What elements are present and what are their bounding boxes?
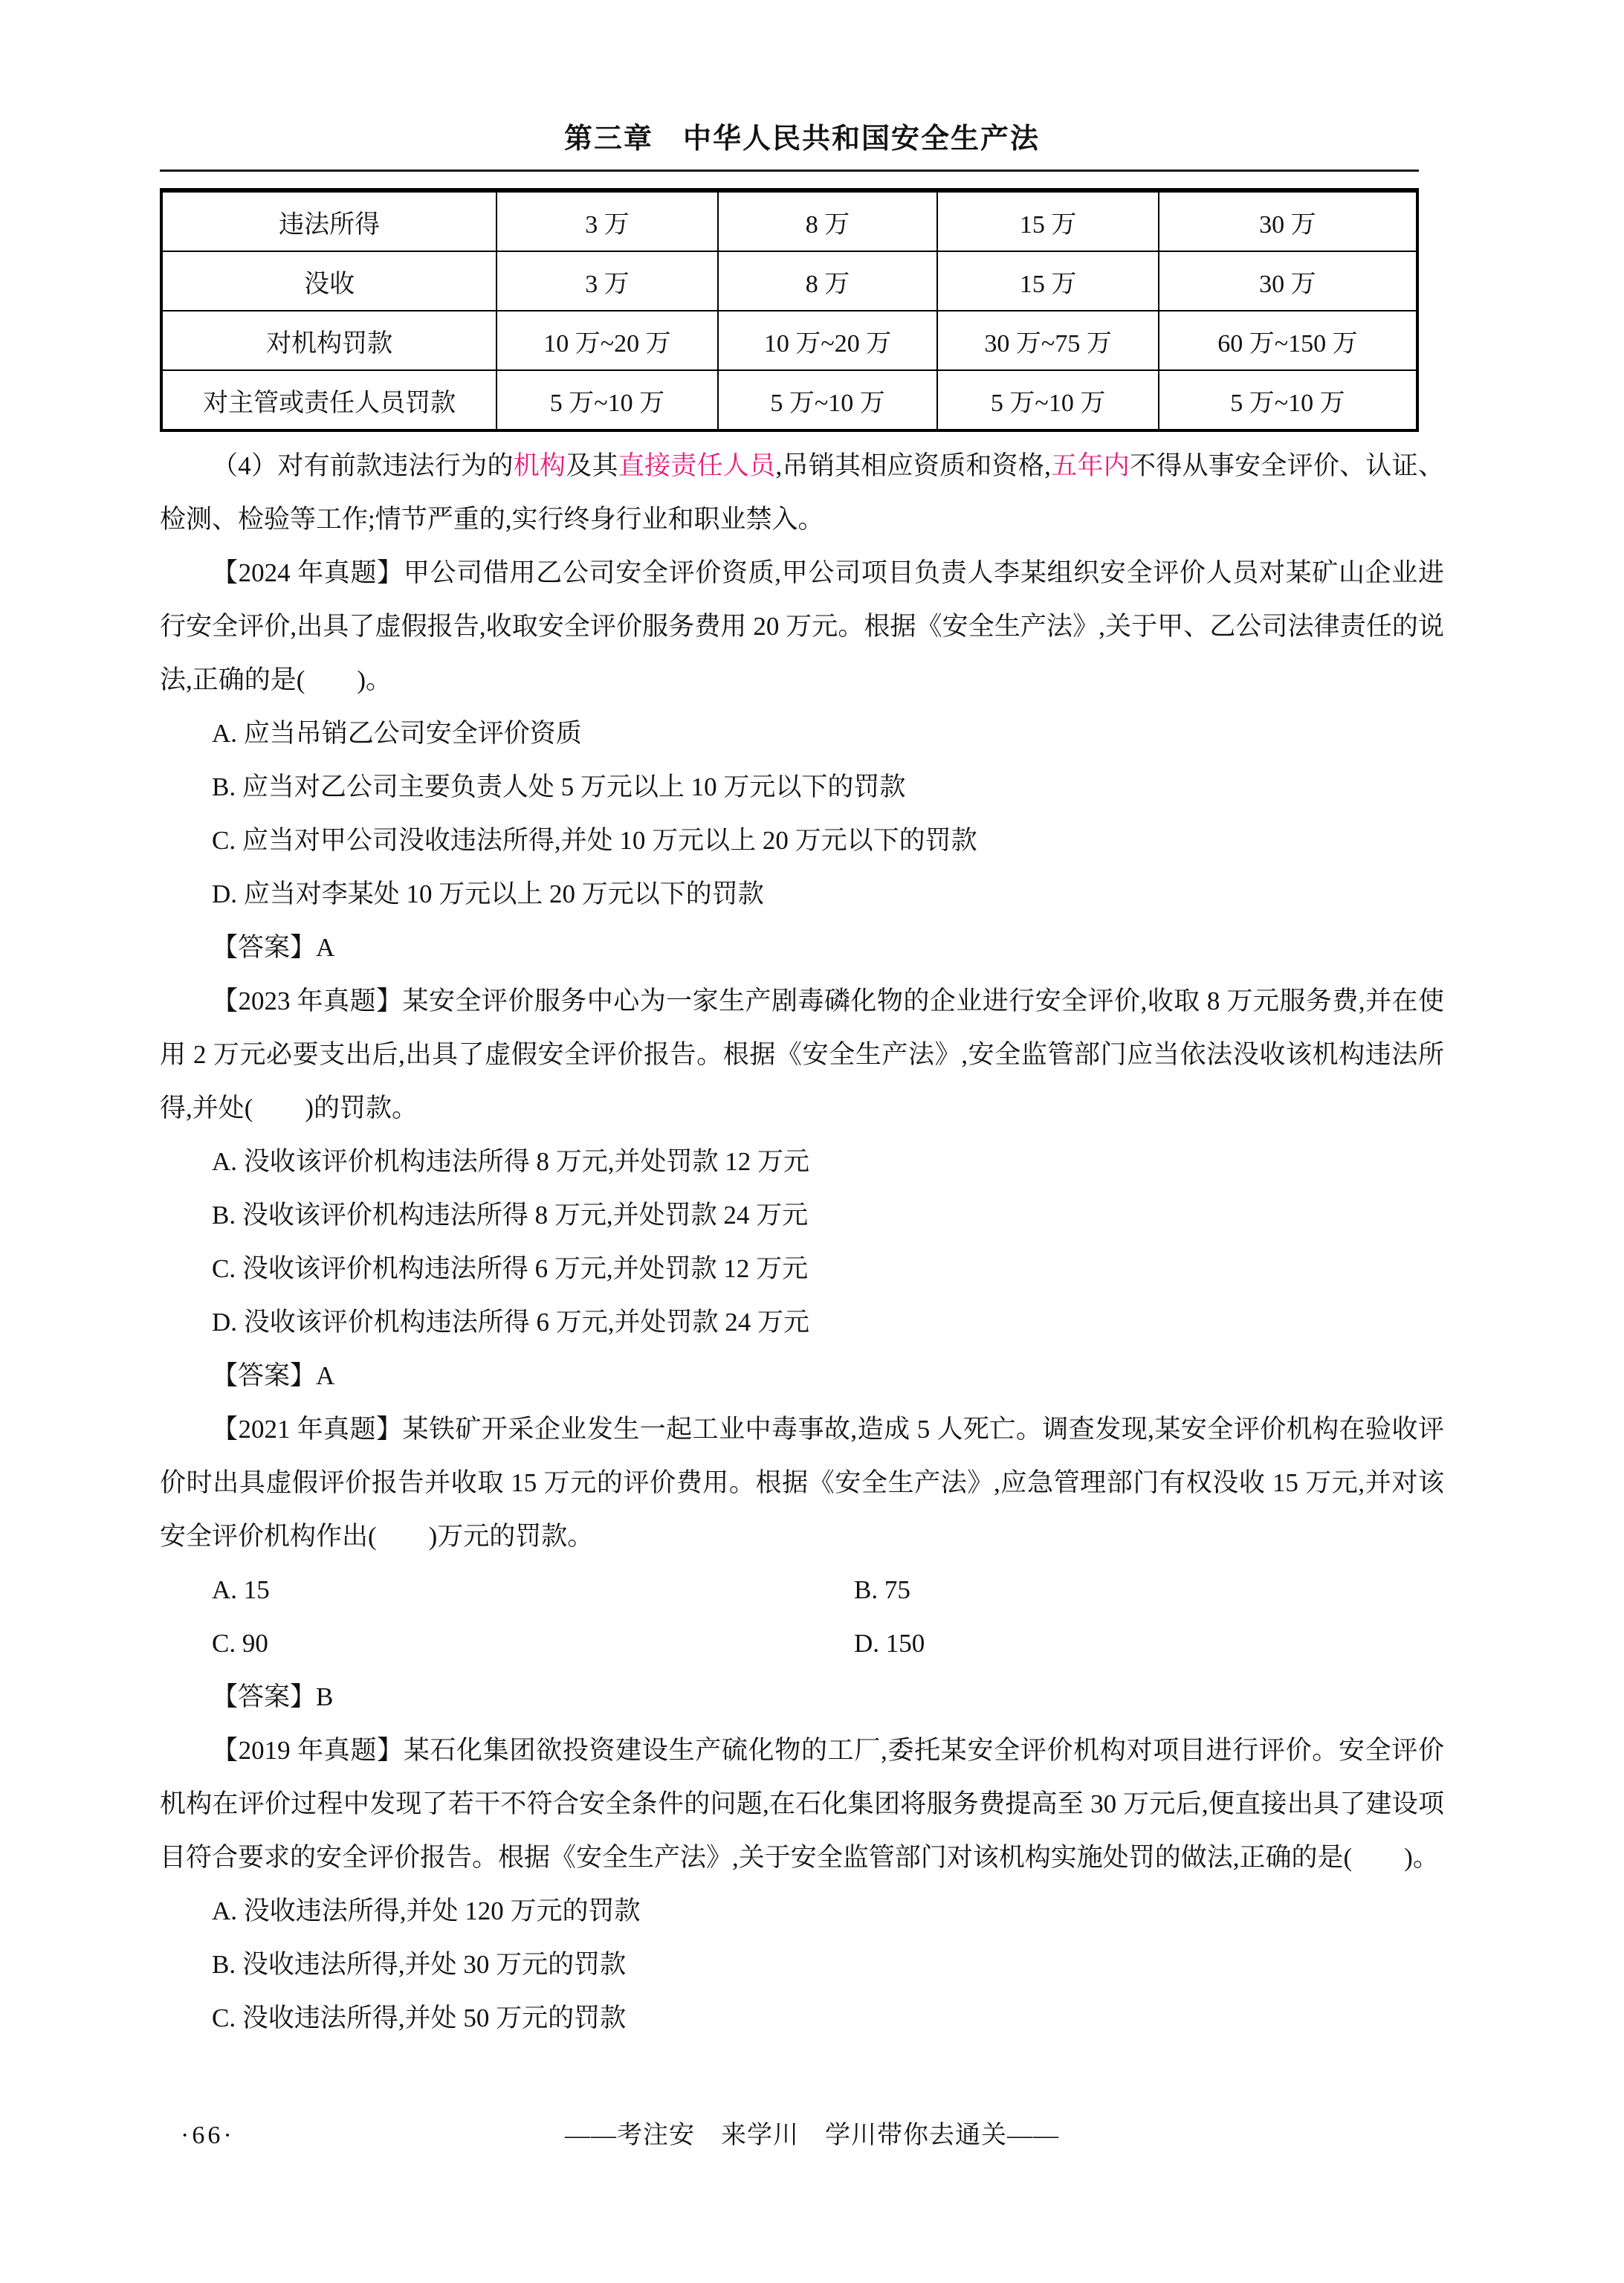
text-segment: 直接责任人员 — [618, 451, 776, 480]
page-content: 第三章 中华人民共和国安全生产法 违法所得 3 万 8 万 15 万 30 万 … — [160, 0, 1444, 2045]
question-stem-2021: 【2021 年真题】某铁矿开采企业发生一起工业中毒事故,造成 5 人死亡。调查发… — [160, 1403, 1444, 1563]
table-cell: 3 万 — [496, 251, 717, 311]
text-segment: ,吊销其相应资质和资格, — [775, 451, 1050, 480]
table-row-label: 违法所得 — [161, 190, 496, 251]
body-text: （4）对有前款违法行为的机构及其直接责任人员,吊销其相应资质和资格,五年内不得从… — [160, 439, 1444, 2045]
table-row: 对主管或责任人员罚款 5 万~10 万 5 万~10 万 5 万~10 万 5 … — [161, 370, 1417, 430]
option: B. 75 — [802, 1563, 1444, 1617]
text-segment: 机构 — [514, 451, 566, 480]
text-segment: （4）对有前款违法行为的 — [212, 451, 514, 480]
option: C. 应当对甲公司没收违法所得,并处 10 万元以上 20 万元以下的罚款 — [160, 814, 1444, 868]
option: C. 没收该评价机构违法所得 6 万元,并处罚款 12 万元 — [160, 1242, 1444, 1296]
table-row: 对机构罚款 10 万~20 万 10 万~20 万 30 万~75 万 60 万… — [161, 311, 1417, 370]
table-row-label: 对主管或责任人员罚款 — [161, 370, 496, 430]
table-cell: 60 万~150 万 — [1159, 311, 1417, 370]
table-cell: 30 万 — [1159, 251, 1417, 311]
table-row: 违法所得 3 万 8 万 15 万 30 万 — [161, 190, 1417, 251]
table-cell: 5 万~10 万 — [937, 370, 1158, 430]
option: B. 没收该评价机构违法所得 8 万元,并处罚款 24 万元 — [160, 1189, 1444, 1242]
question-stem-2019: 【2019 年真题】某石化集团欲投资建设生产硫化物的工厂,委托某安全评价机构对项… — [160, 1724, 1444, 1885]
option: B. 没收违法所得,并处 30 万元的罚款 — [160, 1938, 1444, 1992]
option: D. 150 — [802, 1617, 1444, 1670]
page-number: ·66· — [181, 2115, 235, 2157]
penalty-table: 违法所得 3 万 8 万 15 万 30 万 没收 3 万 8 万 15 万 3… — [160, 188, 1419, 432]
option: A. 15 — [160, 1563, 802, 1617]
option: A. 没收违法所得,并处 120 万元的罚款 — [160, 1885, 1444, 1938]
options-two-column: A. 15 B. 75 C. 90 D. 150 — [160, 1563, 1444, 1670]
option: B. 应当对乙公司主要负责人处 5 万元以上 10 万元以下的罚款 — [160, 761, 1444, 814]
table-cell: 3 万 — [496, 190, 717, 251]
table-cell: 10 万~20 万 — [718, 311, 938, 370]
clause-paragraph: （4）对有前款违法行为的机构及其直接责任人员,吊销其相应资质和资格,五年内不得从… — [160, 439, 1444, 546]
option: C. 没收违法所得,并处 50 万元的罚款 — [160, 1992, 1444, 2045]
table-cell: 5 万~10 万 — [1159, 370, 1417, 430]
header-rule — [160, 169, 1419, 172]
table-cell: 5 万~10 万 — [496, 370, 717, 430]
table-cell: 8 万 — [718, 251, 938, 311]
answer-line: 【答案】A — [160, 921, 1444, 975]
table-cell: 10 万~20 万 — [496, 311, 717, 370]
table-cell: 15 万 — [937, 190, 1158, 251]
option: A. 没收该评价机构违法所得 8 万元,并处罚款 12 万元 — [160, 1135, 1444, 1189]
table-row-label: 没收 — [161, 251, 496, 311]
question-stem-2024: 【2024 年真题】甲公司借用乙公司安全评价资质,甲公司项目负责人李某组织安全评… — [160, 546, 1444, 707]
question-stem-2023: 【2023 年真题】某安全评价服务中心为一家生产剧毒磷化物的企业进行安全评价,收… — [160, 975, 1444, 1135]
table-cell: 5 万~10 万 — [718, 370, 938, 430]
footer-slogan: ——考注安 来学川 学川带你去通关—— — [0, 2115, 1624, 2157]
option: A. 应当吊销乙公司安全评价资质 — [160, 707, 1444, 761]
text-segment: 五年内 — [1051, 451, 1130, 480]
table-row: 没收 3 万 8 万 15 万 30 万 — [161, 251, 1417, 311]
option: C. 90 — [160, 1617, 802, 1670]
table-row-label: 对机构罚款 — [161, 311, 496, 370]
page-footer: ·66· ——考注安 来学川 学川带你去通关—— — [0, 2115, 1624, 2160]
table-cell: 30 万~75 万 — [937, 311, 1158, 370]
table-cell: 30 万 — [1159, 190, 1417, 251]
text-segment: 及其 — [566, 451, 618, 480]
option: D. 没收该评价机构违法所得 6 万元,并处罚款 24 万元 — [160, 1296, 1444, 1349]
option: D. 应当对李某处 10 万元以上 20 万元以下的罚款 — [160, 868, 1444, 921]
table-cell: 15 万 — [937, 251, 1158, 311]
answer-line: 【答案】A — [160, 1349, 1444, 1403]
table-cell: 8 万 — [718, 190, 938, 251]
answer-line: 【答案】B — [160, 1670, 1444, 1724]
chapter-title: 第三章 中华人民共和国安全生产法 — [160, 121, 1444, 157]
